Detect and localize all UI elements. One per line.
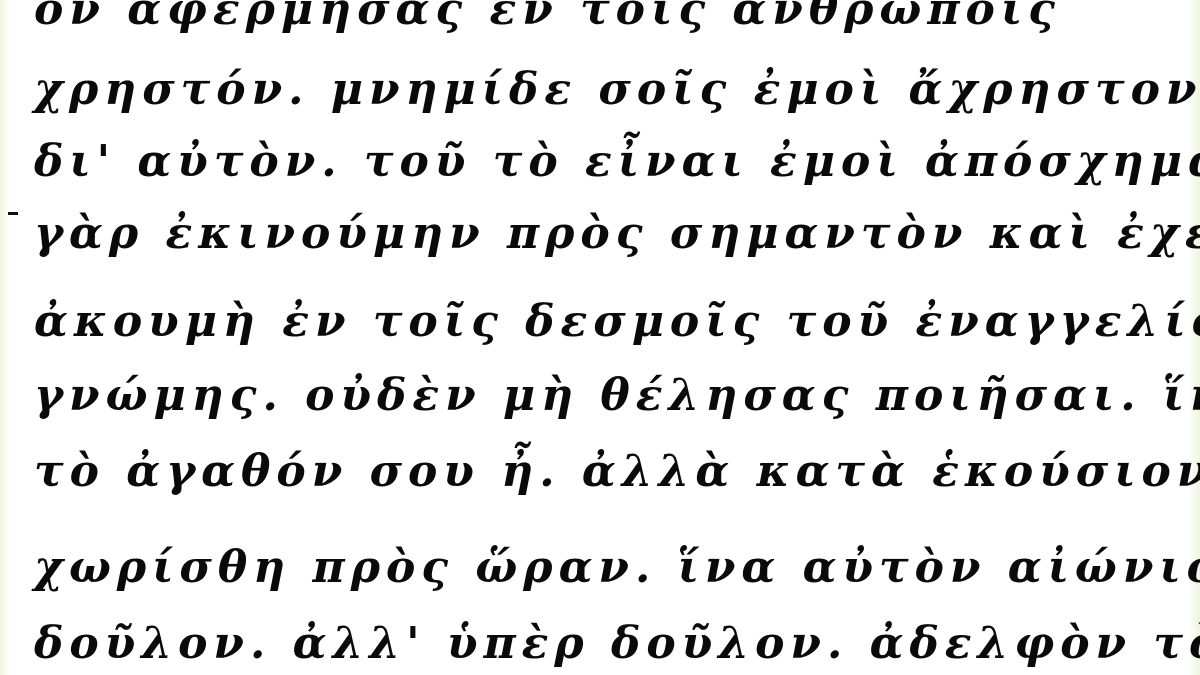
- manuscript-line-4: γὰρ ἐκινούμην πρὸς σημαντὸν καὶ ἐχει: [34, 212, 1200, 256]
- left-page-edge: [0, 0, 10, 675]
- manuscript-page: ον ἀφέρμησας ἐν τοῖς ἀνθρώποις χρηστόν. …: [0, 0, 1200, 675]
- margin-mark: [8, 212, 18, 215]
- manuscript-line-8: χωρίσθη πρὸς ὥραν. ἵνα αὐτὸν αἰώνιον: [34, 546, 1200, 590]
- manuscript-line-2: χρηστόν. μνημίδε σοῖς ἐμοὶ ἄχρηστον.: [34, 68, 1200, 112]
- manuscript-line-1: ον ἀφέρμησας ἐν τοῖς ἀνθρώποις: [34, 0, 1061, 32]
- manuscript-line-3: δι' αὐτὸν. τοῦ τὸ εἶναι ἐμοὶ ἀπόσχημα: [34, 140, 1200, 184]
- manuscript-line-6: γνώμης. οὐδὲν μὴ θέλησας ποιῆσαι. ἵν: [34, 374, 1200, 418]
- manuscript-line-7: τὸ ἀγαθόν σου ἦ. ἀλλὰ κατὰ ἑκούσιον: [34, 450, 1200, 494]
- manuscript-line-5: ἀκουμὴ ἐν τοῖς δεσμοῖς τοῦ ἐναγγελίου.: [34, 300, 1200, 344]
- manuscript-line-9: δοῦλον. ἀλλ' ὑπὲρ δοῦλον. ἀδελφὸν τὸν ἀ: [34, 622, 1200, 666]
